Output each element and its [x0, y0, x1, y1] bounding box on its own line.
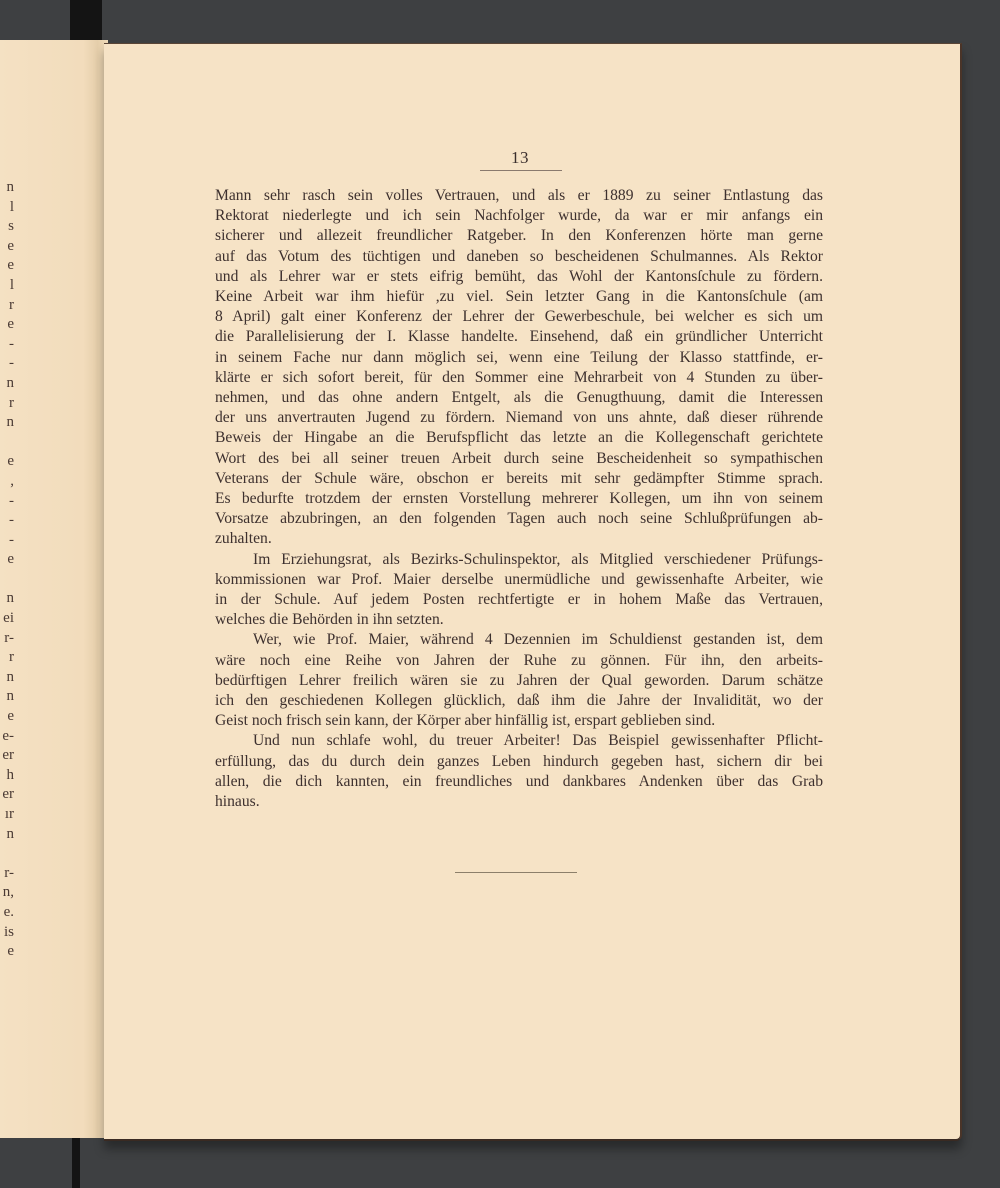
paragraph: Wer, wie Prof. Maier, während 4 Dezennie…: [215, 630, 823, 731]
left-page-fragment: r: [0, 394, 14, 414]
left-page-fragment: er: [0, 746, 14, 766]
text-line: auf das Votum des tüchtigen und daneben …: [215, 247, 823, 267]
text-line: allen, die dich kannten, ein freundliche…: [215, 772, 823, 792]
left-page-fragment: er: [0, 785, 14, 805]
paragraph: Und nun schlafe wohl, du treuer Arbeiter…: [215, 731, 823, 812]
book-scan: nlseelre--nrne,---eneir-rnnee-erherırnr-…: [0, 0, 1000, 1188]
left-page-fragment: e: [0, 452, 14, 472]
left-page-text-fragments: nlseelre--nrne,---eneir-rnnee-erherırnr-…: [0, 178, 14, 962]
left-page-fragment: -: [0, 354, 14, 374]
left-page-fragment: l: [0, 276, 14, 296]
text-line: in seinem Fache nur dann möglich sei, we…: [215, 348, 823, 368]
left-page-fragment: [0, 570, 14, 590]
left-page-fragment: e: [0, 315, 14, 335]
left-page-fragment: n: [0, 825, 14, 845]
left-page-fragment: l: [0, 198, 14, 218]
left-page-fragment: ,: [0, 472, 14, 492]
left-page-fragment: r: [0, 296, 14, 316]
left-page-fragment: r: [0, 648, 14, 668]
left-page-fragment: -: [0, 492, 14, 512]
text-line: die Parallelisierung der I. Klasse hande…: [215, 327, 823, 347]
text-line: in der Schule. Auf jedem Posten rechtfer…: [215, 590, 823, 610]
left-page-fragment: n: [0, 668, 14, 688]
text-line: Im Erziehungsrat, als Bezirks-Schulinspe…: [215, 550, 823, 570]
text-line: wäre noch eine Reihe von Jahren der Ruhe…: [215, 651, 823, 671]
book-spine-top: [70, 0, 102, 40]
left-page-fragment: -: [0, 335, 14, 355]
left-page-fragment: ei: [0, 609, 14, 629]
text-line: ich den geschiedenen Kollegen glücklich,…: [215, 691, 823, 711]
paragraph: Im Erziehungsrat, als Bezirks-Schulinspe…: [215, 550, 823, 631]
text-line: erfüllung, das du durch dein ganzes Lebe…: [215, 752, 823, 772]
text-line: 8 April) galt einer Konferenz der Lehrer…: [215, 307, 823, 327]
left-page-fragment: n: [0, 589, 14, 609]
text-line: der uns anvertrauten Jugend zu fördern. …: [215, 408, 823, 428]
left-page-fragment: [0, 844, 14, 864]
text-line: welches die Behörden in ihn setzten.: [215, 610, 823, 630]
text-line: klärte er sich sofort bereit, für den So…: [215, 368, 823, 388]
left-page-fragment: h: [0, 766, 14, 786]
left-page-fragment: n: [0, 374, 14, 394]
left-page-fragment: -: [0, 511, 14, 531]
text-line: Rektorat niederlegte und ich sein Nachfo…: [215, 206, 823, 226]
end-rule: [455, 872, 577, 873]
text-line: und als Lehrer war er stets eifrig bemüh…: [215, 267, 823, 287]
text-line: Mann sehr rasch sein volles Vertrauen, u…: [215, 186, 823, 206]
text-line: Beweis der Hingabe an die Berufspflicht …: [215, 428, 823, 448]
left-page: [0, 40, 104, 1138]
book-spine-bottom: [72, 1138, 80, 1188]
text-line: bedürftigen Lehrer freilich wären sie zu…: [215, 671, 823, 691]
text-line: Vorsatze abzubringen, an den folgenden T…: [215, 509, 823, 529]
left-page-fragment: e-: [0, 727, 14, 747]
left-page-fragment: n: [0, 413, 14, 433]
page-number: 13: [480, 148, 560, 168]
left-page-fragment: e: [0, 237, 14, 257]
left-page-fragment: [0, 433, 14, 453]
text-line: Wer, wie Prof. Maier, während 4 Dezennie…: [215, 630, 823, 650]
text-line: kommissionen war Prof. Maier derselbe un…: [215, 570, 823, 590]
paragraph: Mann sehr rasch sein volles Vertrauen, u…: [215, 186, 823, 550]
left-page-fragment: n,: [0, 883, 14, 903]
text-line: Und nun schlafe wohl, du treuer Arbeiter…: [215, 731, 823, 751]
left-page-fragment: is: [0, 923, 14, 943]
left-page-fragment: r-: [0, 629, 14, 649]
text-line: sicherer und allezeit freundlicher Ratge…: [215, 226, 823, 246]
text-line: Veterans der Schule wäre, obschon er ber…: [215, 469, 823, 489]
left-page-fragment: n: [0, 687, 14, 707]
left-page-fragment: ır: [0, 805, 14, 825]
text-line: Geist noch frisch sein kann, der Körper …: [215, 711, 823, 731]
left-page-fragment: e: [0, 942, 14, 962]
text-line: hinaus.: [215, 792, 823, 812]
body-text: Mann sehr rasch sein volles Vertrauen, u…: [215, 186, 823, 812]
text-line: Es bedurfte trotzdem der ernsten Vorstel…: [215, 489, 823, 509]
page-number-rule: [480, 170, 562, 171]
left-page-fragment: e: [0, 707, 14, 727]
left-page-fragment: e: [0, 550, 14, 570]
text-line: Keine Arbeit war ihm hiefür ,zu viel. Se…: [215, 287, 823, 307]
left-page-fragment: n: [0, 178, 14, 198]
text-line: nehmen, und das ohne andern Entgelt, als…: [215, 388, 823, 408]
left-page-fragment: e: [0, 256, 14, 276]
left-page-fragment: -: [0, 531, 14, 551]
text-line: Wort des bei all seiner treuen Arbeit du…: [215, 449, 823, 469]
left-page-fragment: e.: [0, 903, 14, 923]
left-page-fragment: s: [0, 217, 14, 237]
left-page-fragment: r-: [0, 864, 14, 884]
text-line: zuhalten.: [215, 529, 823, 549]
